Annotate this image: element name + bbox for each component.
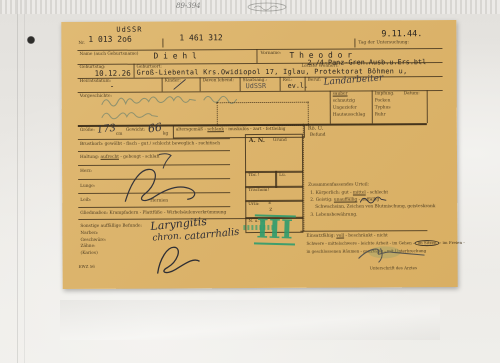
build-options: altersgemäß - schlank - muskulös - zart …: [176, 128, 286, 133]
hygiene-item-hautausschlag: Hautausschlag: [333, 113, 365, 117]
sonstige-item-zaehne: Zähne:: [80, 245, 95, 249]
herz-label: Herz:: [80, 170, 92, 174]
groesse-label: Größe:: [80, 129, 95, 133]
haltung-selected: aufrecht: [101, 155, 119, 160]
brustkorb-row: Brustkorb: gewölbt - flach - gut / schle…: [80, 142, 220, 147]
exam-date-label: Tag der Untersuchung:: [358, 41, 409, 46]
exam-date-value: 9.11.44.: [381, 30, 422, 39]
gewicht-label: Gewicht:: [126, 129, 145, 133]
sleeve-annotation: 89-394: [176, 2, 201, 10]
paper-crease: [60, 300, 440, 340]
photo-dotted-box: [217, 102, 309, 126]
status-divider-5: [305, 77, 306, 91]
vorname-label: Vorname:: [260, 52, 281, 56]
kg-unit: kg: [163, 132, 168, 136]
geistig-selected: unauffällig: [334, 197, 357, 202]
hygiene-item-ungeziefer: Ungeziefer: [333, 106, 357, 110]
impfung-item-pocken: Pocken: [375, 99, 391, 103]
rule-urteil-bottom: [300, 230, 427, 232]
sleeve-scribble: [246, 2, 288, 12]
sonstige-label: Sonstige auffällige Befunde:: [80, 225, 142, 230]
roe-label: Rö. U.: [308, 127, 323, 132]
country-value: UdSSR: [116, 27, 142, 34]
bottom-left-signature: [147, 241, 207, 279]
scanned-photo: { "colors": {"card_paper":"#dcb46c","sta…: [0, 0, 500, 363]
beruf-handwritten-value: Landarbeiter: [323, 74, 383, 87]
hygiene-divider-mid: [372, 90, 373, 123]
trachom-label: Trachom!: [248, 189, 269, 193]
sonstige-item-karies: (Karies): [81, 251, 98, 255]
impfung-datum-label: Datum:: [404, 92, 420, 96]
rule-brustkorb: [78, 150, 230, 152]
name-value: D i e h l: [153, 52, 196, 60]
groesse-handwritten: 173: [96, 124, 116, 136]
sleeve-left-crease: [17, 0, 18, 363]
registration-card: UdSSR Nr. 1 013 2o6 1 461 312 Tag der Un…: [61, 20, 457, 289]
urteil-title: Zusammenfassendes Urteil:: [308, 183, 369, 188]
sonstige-item-geschwuere: Geschwüre:: [80, 238, 106, 242]
status-divider-4: [280, 77, 281, 91]
status-divider-1: [162, 78, 163, 92]
geburtstag-value: 10.12.26: [95, 70, 131, 78]
build-selected: schlank: [207, 127, 224, 132]
einsatz-label: Einsatzfähig:: [306, 234, 336, 239]
nr-label: Nr.: [78, 42, 85, 46]
grade-stamp-numeral: III: [254, 214, 295, 245]
sleeve-left-crease-2: [24, 0, 25, 363]
birth-row-divider-1: [134, 64, 135, 78]
einsatz-selected: voll: [336, 234, 344, 239]
lunge-label: Lunge:: [80, 185, 95, 189]
urteil-geistig-line2: Schwachsinn, Zeichen von Blutmischung, g…: [315, 205, 435, 210]
hygiene-divider-right: [427, 90, 428, 123]
name-label: Name (auch Geburtsname): [79, 53, 138, 58]
urin-e-label: E: [268, 202, 271, 206]
beruf-label: Beruf:: [308, 79, 322, 83]
grund-label: Grund: [273, 139, 287, 143]
kinder-slash-mark: [172, 78, 188, 90]
impfung-item-typhus: Typhus: [375, 106, 391, 110]
brustkorb-label: Brustkorb:: [80, 142, 103, 147]
heiratsdatum-value: -: [110, 83, 115, 91]
gewicht-handwritten: 66: [147, 122, 162, 135]
leib-label: Leib:: [80, 199, 91, 203]
status-divider-2: [200, 77, 201, 91]
impfung-item-ruhr: Ruhr: [375, 113, 386, 117]
status-divider-3: [240, 77, 241, 91]
befund-label: Befund: [310, 134, 326, 138]
heiratsdatum-label: Heiratsdatum:: [80, 80, 112, 84]
impfung-label: Impfung.: [375, 92, 395, 96]
cm-unit: cm: [116, 133, 123, 137]
urin-z-label: Z: [269, 209, 272, 213]
form-number: EWZ 56: [79, 265, 95, 269]
hygiene-item-sauber: sauber: [333, 93, 348, 97]
rule-measure: [78, 138, 230, 140]
einsatz-row: Einsatzfähig: voll - beschränkt - nicht: [306, 234, 387, 239]
date-cell-tick: [354, 38, 355, 47]
lu-label: Lu.: [279, 174, 286, 178]
tbc-label: Tbc.!: [248, 174, 259, 178]
binder-punch-hole: [27, 36, 35, 44]
haltung-row: Haltung: aufrecht - gebeugt - schlaff: [80, 156, 160, 161]
haltung-label: Haltung:: [80, 155, 99, 160]
number-divider-tick: [162, 39, 163, 48]
hygiene-divider-left: [330, 91, 331, 124]
urin-label: Urin:: [248, 203, 259, 207]
card-number-1: 1 013 2o6: [88, 36, 131, 44]
gliedmassen-label: Gliedmaßen:: [80, 211, 108, 216]
card-number-2: 1 461 312: [179, 34, 222, 42]
staatsang-value: UdSSR: [246, 83, 267, 90]
herz-lunge-handwriting-flourish: [117, 163, 207, 208]
brustkorb-options: gewölbt - flach - gut / schlecht bewegli…: [105, 141, 220, 147]
sonstige-item-narben: Narben:: [80, 232, 98, 236]
name-row-divider: [256, 49, 257, 63]
urteil-item-lebensbewaehrung: 3. Lebensbewährung.: [310, 213, 357, 218]
davon-lebend-label: Davon lebend:: [203, 79, 234, 83]
gliedmassen-options: Krampfadern - Plattfüße - Wirbelsäulenve…: [109, 210, 226, 216]
doctor-signature: [354, 242, 429, 266]
hygiene-item-schmutzig: schmutzig: [333, 99, 355, 103]
wohnort-value: 2./4-Panz-Gren.Ausb.u.Ers.btl: [308, 59, 427, 66]
an-label: A. N.: [249, 138, 265, 144]
signature-caption: Unterschrift des Arztes: [370, 266, 417, 270]
